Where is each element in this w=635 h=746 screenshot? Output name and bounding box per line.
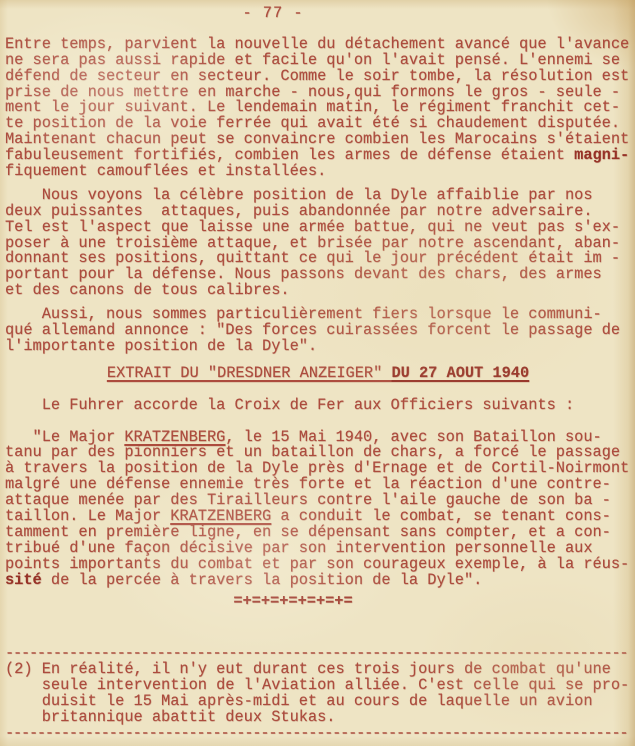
text-line: sité de la percée à travers la position … xyxy=(5,573,631,589)
excerpt-heading: EXTRAIT DU "DRESDNER ANZEIGER" DU 27 AOU… xyxy=(5,366,631,382)
text-line: fiquement camouflées et installées. xyxy=(5,164,631,180)
award-intro-line: Le Fuhrer accorde la Croix de Fer aux Of… xyxy=(5,398,631,414)
page-number: - 77 - xyxy=(0,6,586,22)
text-segment: de la percée à travers la position de la… xyxy=(42,571,483,589)
typewritten-text: - 77 - Entre temps, parvient la nouvelle… xyxy=(5,6,631,742)
text-segment-bold: magni- xyxy=(574,146,629,164)
footnote-line: britannique abattit deux Stukas. xyxy=(5,710,631,726)
citation-paragraph: "Le Major KRATZENBERG, le 15 Mai 1940, a… xyxy=(5,430,631,589)
footnote-rule-bottom: ----------------------------------------… xyxy=(5,726,631,742)
text-segment-bold: sité xyxy=(5,571,42,589)
paragraph-3: Aussi, nous sommes particulièrement fier… xyxy=(5,307,631,355)
document-page: - 77 - Entre temps, parvient la nouvelle… xyxy=(0,0,635,746)
text-line: et des canons de tous calibres. xyxy=(5,283,631,299)
heading-date: DU 27 AOUT 1940 xyxy=(391,364,529,382)
footnote: ----------------------------------------… xyxy=(5,646,631,741)
heading-source: EXTRAIT DU "DRESDNER ANZEIGER" xyxy=(107,364,392,382)
section-separator: =+=+=+=+=+=+= xyxy=(0,594,606,610)
text-line: l'importante position de la Dyle". xyxy=(5,339,631,355)
paragraph-2: Nous voyons la célèbre position de la Dy… xyxy=(5,188,631,299)
paragraph-1: Entre temps, parvient la nouvelle du dét… xyxy=(5,37,631,180)
